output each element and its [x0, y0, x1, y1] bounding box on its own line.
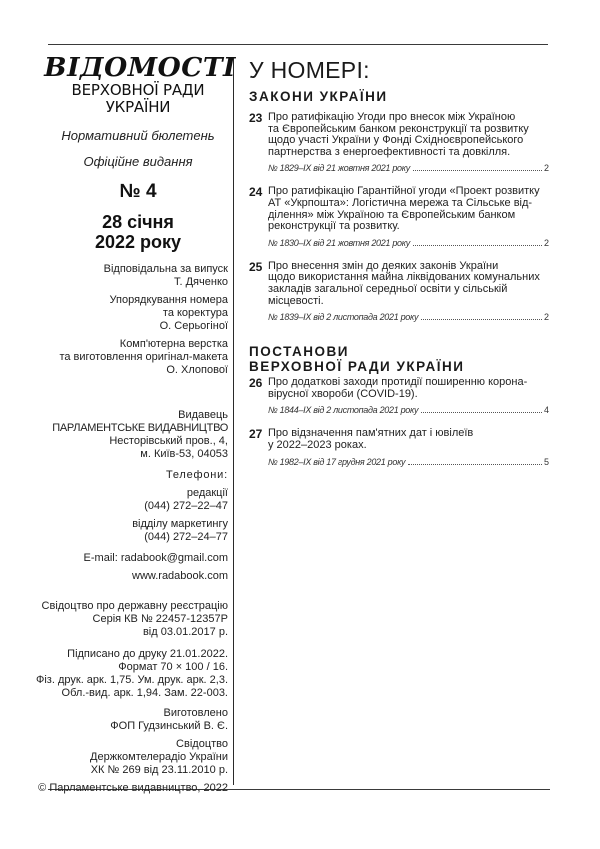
dot-leader — [408, 463, 542, 465]
entry-title: Про додаткові заходи протидії поширенню … — [268, 377, 549, 400]
address-line-1: Несторівський пров., 4, — [30, 435, 228, 448]
imprint-registration: Свідоцтво про державну реєстрацію Серія … — [30, 600, 228, 644]
toc-section: ЗАКОНИ УКРАЇНИ23Про ратифікацію Угоди пр… — [249, 89, 549, 322]
entry-reference: № 1839–IX від 2 листопада 2021 року2 — [268, 312, 549, 322]
masthead-column: ВІДОМОСТІ ВЕРХОВНОЇ РАДИ УКРАЇНИ Нормати… — [48, 55, 228, 252]
entry-number: 26 — [249, 377, 262, 389]
print-line-4: Обл.-вид. арк. 1,94. Зам. 22-003. — [30, 687, 228, 700]
print-line-2: Формат 70 × 100 / 16. — [30, 661, 228, 674]
editing-label-1: Упорядкування номера — [30, 294, 228, 307]
toc-sections: ЗАКОНИ УКРАЇНИ23Про ратифікацію Угоди пр… — [249, 89, 549, 467]
entry-page-number[interactable]: 2 — [544, 238, 549, 248]
issue-number: № 4 — [48, 181, 228, 203]
imprint-publisher: Видавець ПАРЛАМЕНТСЬКЕ ВИДАВНИЦТВО Несто… — [30, 409, 228, 588]
publication-logo: ВІДОМОСТІ — [44, 55, 230, 81]
manufacturer-block: Виготовлено ФОП Гудзинський В. Є. — [30, 707, 228, 733]
dot-leader — [421, 318, 542, 320]
entry-title-line: партнерства з енергоефективності та довк… — [268, 147, 549, 159]
entry-reference: № 1844–IX від 2 листопада 2021 року4 — [268, 405, 549, 415]
entry-page-number[interactable]: 5 — [544, 457, 549, 467]
entry-title-line: АТ «Укрпошта»: Логістична мережа та Сіль… — [268, 198, 549, 210]
editorial-label: редакції — [30, 487, 228, 500]
entry-law-number: № 1830–IX від 21 жовтня 2021 року — [268, 238, 410, 248]
entry-page-number[interactable]: 4 — [544, 405, 549, 415]
table-of-contents: У НОМЕРІ: ЗАКОНИ УКРАЇНИ23Про ратифікаці… — [249, 57, 549, 467]
editing-block: Упорядкування номера та коректура О. Сер… — [30, 294, 228, 333]
entry-title-line: місцевості. — [268, 296, 549, 308]
publisher-label: Видавець — [30, 409, 228, 422]
issue-date-line2: 2022 року — [48, 232, 228, 252]
layout-label-2: та виготовлення оригінал-макета — [30, 351, 228, 364]
registration-line-3: від 03.01.2017 р. — [30, 626, 228, 639]
email-link[interactable]: E-mail: radabook@gmail.com — [30, 552, 228, 565]
toc-entry[interactable]: 24Про ратифікацію Гарантійної угоди «Про… — [249, 186, 549, 247]
publication-subtitle-line2: УКРАЇНИ — [48, 99, 228, 116]
entry-number: 27 — [249, 428, 262, 440]
tagline: Нормативний бюлетень — [48, 128, 228, 143]
print-line-3: Фіз. друк. арк. 1,75. Ум. друк. арк. 2,3… — [30, 674, 228, 687]
entry-title: Про внесення змін до деяких законів Укра… — [268, 261, 549, 307]
responsible-block: Відповідальна за випуск Т. Дяченко — [30, 263, 228, 289]
layout-block: Комп'ютерна верстка та виготовлення ориг… — [30, 338, 228, 377]
dot-leader — [421, 411, 542, 413]
issue-date: 28 січня 2022 року — [48, 212, 228, 252]
official-edition-label: Офіційне видання — [48, 154, 228, 169]
responsible-label: Відповідальна за випуск — [30, 263, 228, 276]
entry-reference: № 1829–IX від 21 жовтня 2021 року2 — [268, 163, 549, 173]
publication-subtitle-line1: ВЕРХОВНОЇ РАДИ — [48, 82, 228, 99]
website-link[interactable]: www.radabook.com — [30, 570, 228, 583]
dot-leader — [413, 169, 542, 171]
issue-date-line1: 28 січня — [48, 212, 228, 232]
certificate-block: Свідоцтво Держкомтелерадіо України ХК № … — [30, 738, 228, 777]
imprint-print-info: Підписано до друку 21.01.2022. Формат 70… — [30, 648, 228, 700]
registration-block: Свідоцтво про державну реєстрацію Серія … — [30, 600, 228, 639]
entry-law-number: № 1844–IX від 2 листопада 2021 року — [268, 405, 418, 415]
registration-line-1: Свідоцтво про державну реєстрацію — [30, 600, 228, 613]
entry-law-number: № 1839–IX від 2 листопада 2021 року — [268, 312, 418, 322]
print-line-1: Підписано до друку 21.01.2022. — [30, 648, 228, 661]
marketing-phone: (044) 272–24–77 — [30, 531, 228, 544]
entry-number: 24 — [249, 186, 262, 198]
dot-leader — [413, 244, 542, 246]
entry-title-line: вірусної хвороби (COVID-19). — [268, 389, 549, 401]
section-title-line1: ЗАКОНИ УКРАЇНИ — [249, 89, 549, 104]
entry-title-line: у 2022–2023 роках. — [268, 440, 549, 452]
layout-label-1: Комп'ютерна верстка — [30, 338, 228, 351]
address-line-2: м. Київ-53, 04053 — [30, 448, 228, 461]
section-title-line2: ВЕРХОВНОЇ РАДИ УКРАЇНИ — [249, 359, 549, 374]
entry-page-number[interactable]: 2 — [544, 312, 549, 322]
made-label: Виготовлено — [30, 707, 228, 720]
toc-section: ПОСТАНОВИВЕРХОВНОЇ РАДИ УКРАЇНИ26Про дод… — [249, 344, 549, 466]
column-divider — [233, 57, 234, 785]
editorial-phone-block: редакції (044) 272–22–47 — [30, 487, 228, 513]
entry-law-number: № 1829–IX від 21 жовтня 2021 року — [268, 163, 410, 173]
certificate-line-2: Держкомтелерадіо України — [30, 751, 228, 764]
toc-entry[interactable]: 25Про внесення змін до деяких законів Ук… — [249, 261, 549, 322]
section-title: ПОСТАНОВИВЕРХОВНОЇ РАДИ УКРАЇНИ — [249, 344, 549, 374]
toc-entry[interactable]: 23Про ратифікацію Угоди про внесок між У… — [249, 112, 549, 173]
entry-page-number[interactable]: 2 — [544, 163, 549, 173]
editing-label-2: та коректура — [30, 307, 228, 320]
marketing-label: відділу маркетингу — [30, 518, 228, 531]
responsible-name: Т. Дяченко — [30, 276, 228, 289]
made-name: ФОП Гудзинський В. Є. — [30, 720, 228, 733]
entry-title: Про ратифікацію Гарантійної угоди «Проек… — [268, 186, 549, 232]
certificate-line-3: ХК № 269 від 23.11.2010 р. — [30, 764, 228, 777]
imprint-manufacturer: Виготовлено ФОП Гудзинський В. Є. Свідоц… — [30, 707, 228, 795]
editorial-phone: (044) 272–22–47 — [30, 500, 228, 513]
publisher-block: Видавець ПАРЛАМЕНТСЬКЕ ВИДАВНИЦТВО Несто… — [30, 409, 228, 461]
entry-reference: № 1830–IX від 21 жовтня 2021 року2 — [268, 238, 549, 248]
top-rule — [48, 44, 548, 45]
marketing-phone-block: відділу маркетингу (044) 272–24–77 — [30, 518, 228, 544]
masthead: ВІДОМОСТІ ВЕРХОВНОЇ РАДИ УКРАЇНИ Нормати… — [48, 55, 228, 252]
entry-title-line: реконструкції та розвитку. — [268, 221, 549, 233]
entry-title: Про відзначення пам'ятних дат і ювілеїву… — [268, 428, 549, 451]
toc-entry[interactable]: 26Про додаткові заходи протидії поширенн… — [249, 377, 549, 415]
entry-title-line: закладів загальної середньої освіти у сі… — [268, 284, 549, 296]
toc-title: У НОМЕРІ: — [249, 57, 549, 83]
entry-title-line: Про додаткові заходи протидії поширенню … — [268, 377, 549, 389]
layout-name: О. Хлопової — [30, 364, 228, 377]
entry-title: Про ратифікацію Угоди про внесок між Укр… — [268, 112, 549, 158]
phones-label: Телефони: — [30, 469, 228, 482]
imprint-staff: Відповідальна за випуск Т. Дяченко Упоря… — [30, 263, 228, 382]
entry-number: 23 — [249, 112, 262, 124]
section-title-line1: ПОСТАНОВИ — [249, 344, 549, 359]
editing-name: О. Серьогіної — [30, 320, 228, 333]
section-title: ЗАКОНИ УКРАЇНИ — [249, 89, 549, 104]
entry-number: 25 — [249, 261, 262, 273]
registration-line-2: Серія КВ № 22457-12357Р — [30, 613, 228, 626]
entry-title-line: Про ратифікацію Угоди про внесок між Укр… — [268, 112, 549, 124]
publisher-name: ПАРЛАМЕНТСЬКЕ ВИДАВНИЦТВО — [30, 422, 228, 435]
entry-law-number: № 1982–IX від 17 грудня 2021 року — [268, 457, 405, 467]
entry-reference: № 1982–IX від 17 грудня 2021 року5 — [268, 457, 549, 467]
toc-entry[interactable]: 27Про відзначення пам'ятних дат і ювілеї… — [249, 428, 549, 466]
copyright: © Парламентське видавництво, 2022 — [30, 782, 228, 795]
certificate-line-1: Свідоцтво — [30, 738, 228, 751]
